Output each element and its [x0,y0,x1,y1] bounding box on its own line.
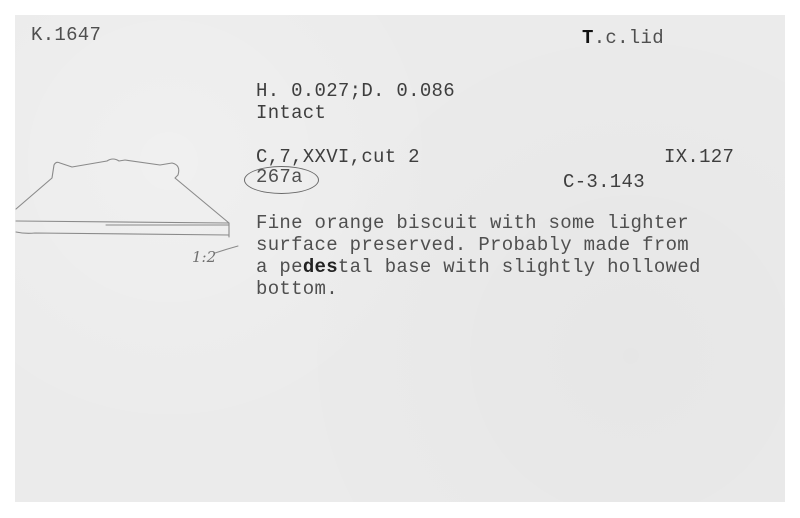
photo-reference: C-3.143 [563,172,645,192]
lot-number: 267a [256,167,303,187]
sketch-scale: 1:2 [192,248,216,266]
dimensions: H. 0.027;D. 0.086 [256,81,455,101]
description-line: surface preserved. Probably made from [256,234,689,256]
inventory-number: IX.127 [664,147,734,167]
overtyped-text: des [303,256,338,278]
shape-code-text: .c.lid [594,27,664,49]
catalog-number: K.1647 [31,25,101,45]
shape-code: T.c.lid [582,28,664,48]
find-context: C,7,XXVI,cut 2 [256,147,420,167]
handwritten-t-mark: T [582,27,594,49]
condition: Intact [256,103,326,123]
description-line: bottom. [256,278,338,300]
description-line: a pedestal base with slightly hollowed [256,256,701,278]
catalog-card: K.1647 T.c.lid H. 0.027;D. 0.086 Intact … [15,15,785,502]
description: Fine orange biscuit with some lighter su… [256,212,701,300]
description-line: Fine orange biscuit with some lighter [256,212,689,234]
